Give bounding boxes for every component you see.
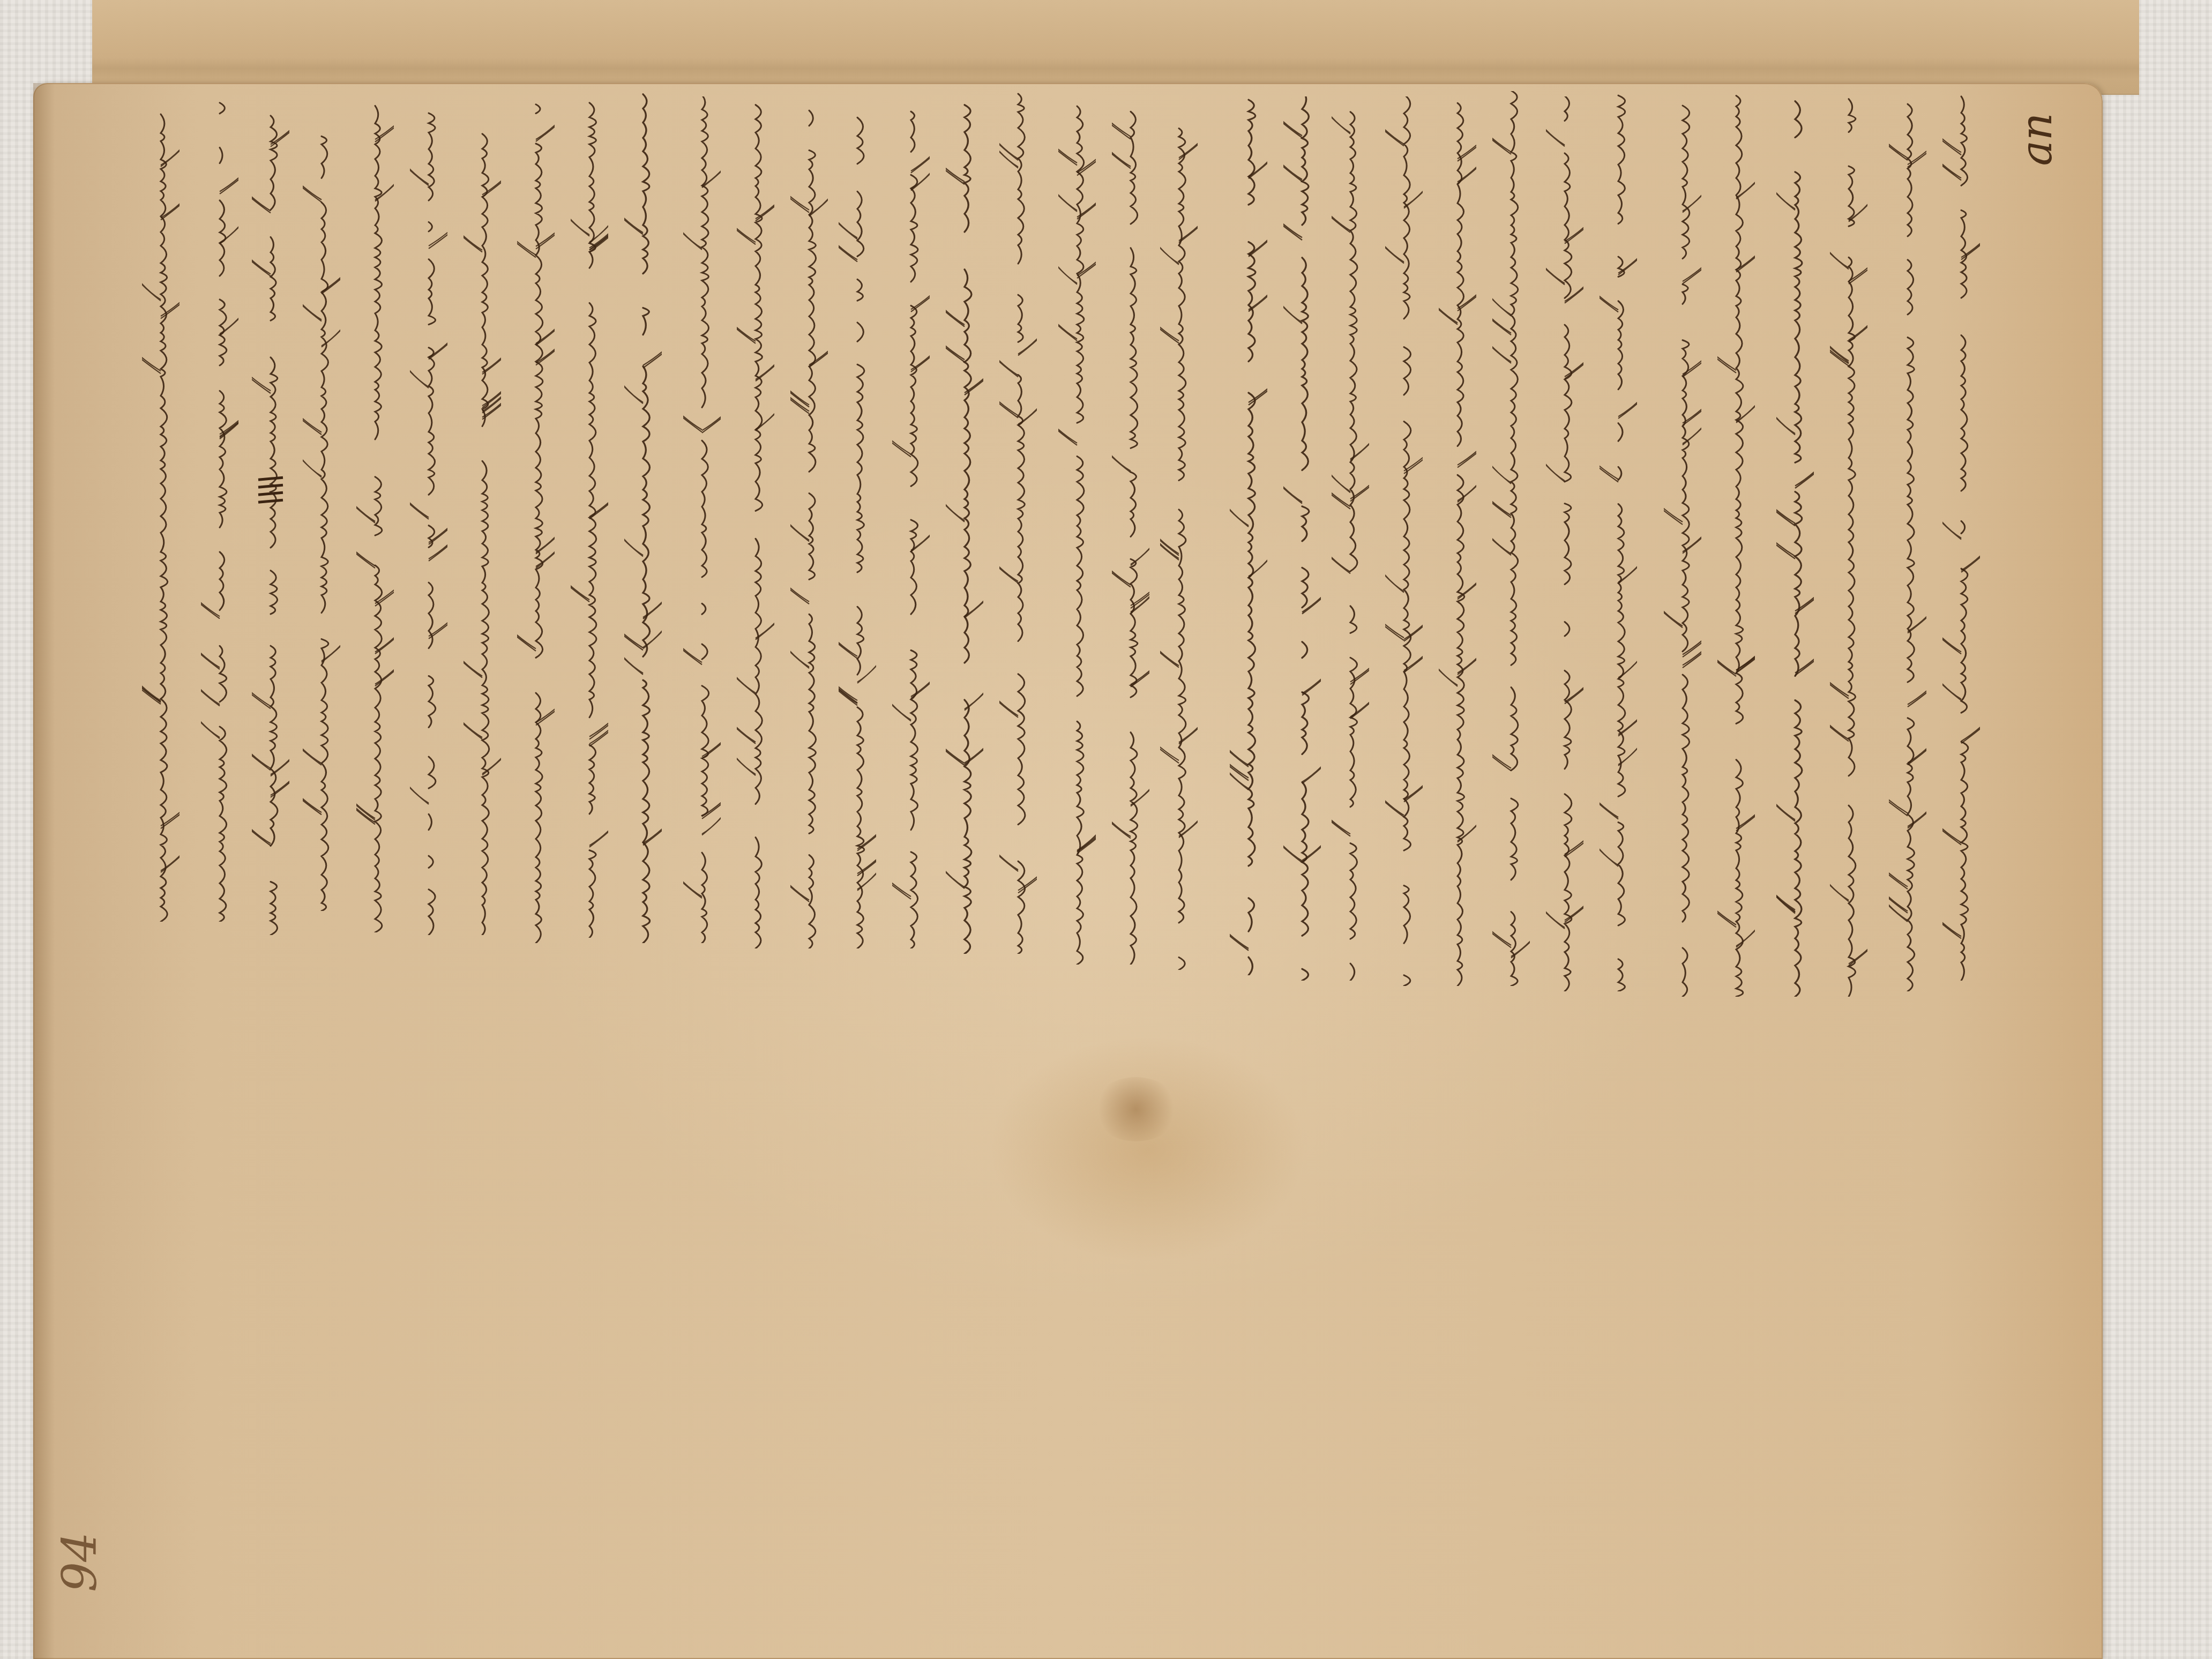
manuscript-line bbox=[1776, 96, 1814, 997]
manuscript-line bbox=[1830, 91, 1867, 997]
manuscript-line bbox=[683, 96, 721, 943]
manuscript-line bbox=[1160, 102, 1198, 970]
manuscript-line bbox=[790, 102, 828, 948]
manuscript-line bbox=[1889, 96, 1926, 991]
manuscript-line bbox=[517, 96, 555, 943]
manuscript-line bbox=[1283, 96, 1321, 981]
manuscript-line bbox=[1600, 91, 1637, 991]
page-number: 94 bbox=[39, 1530, 119, 1594]
page-fold-shadow bbox=[92, 58, 2139, 79]
manuscript-line bbox=[1664, 96, 1701, 997]
manuscript-line bbox=[946, 96, 983, 954]
manuscript-line bbox=[1230, 96, 1267, 975]
manuscript-line bbox=[252, 107, 289, 935]
page-gutter-shadow bbox=[33, 83, 55, 1659]
manuscript-line bbox=[571, 102, 608, 938]
manuscript-line bbox=[142, 104, 180, 922]
manuscript-line bbox=[1112, 107, 1149, 965]
manuscript-line bbox=[201, 96, 238, 922]
manuscript-line bbox=[839, 107, 876, 948]
manuscript-line bbox=[464, 123, 501, 935]
manuscript-line bbox=[624, 91, 662, 943]
manuscript-line bbox=[892, 96, 930, 948]
catchword: an bbox=[2004, 110, 2068, 169]
manuscript-line bbox=[1717, 91, 1755, 997]
manuscript-line bbox=[303, 129, 340, 911]
manuscript-line bbox=[737, 102, 774, 948]
manuscript-line bbox=[1492, 91, 1530, 986]
manuscript-line bbox=[1058, 102, 1096, 965]
underlying-page bbox=[92, 0, 2139, 95]
manuscript-line bbox=[1546, 96, 1583, 991]
manuscript-line bbox=[1439, 96, 1476, 986]
manuscript-line bbox=[999, 91, 1037, 954]
manuscript-line bbox=[356, 102, 394, 932]
manuscript-line bbox=[410, 107, 447, 935]
manuscript-line bbox=[1332, 102, 1369, 981]
manuscript-line bbox=[1942, 94, 1980, 981]
paper-stain bbox=[1093, 1077, 1179, 1141]
manuscript-line bbox=[1385, 96, 1423, 986]
